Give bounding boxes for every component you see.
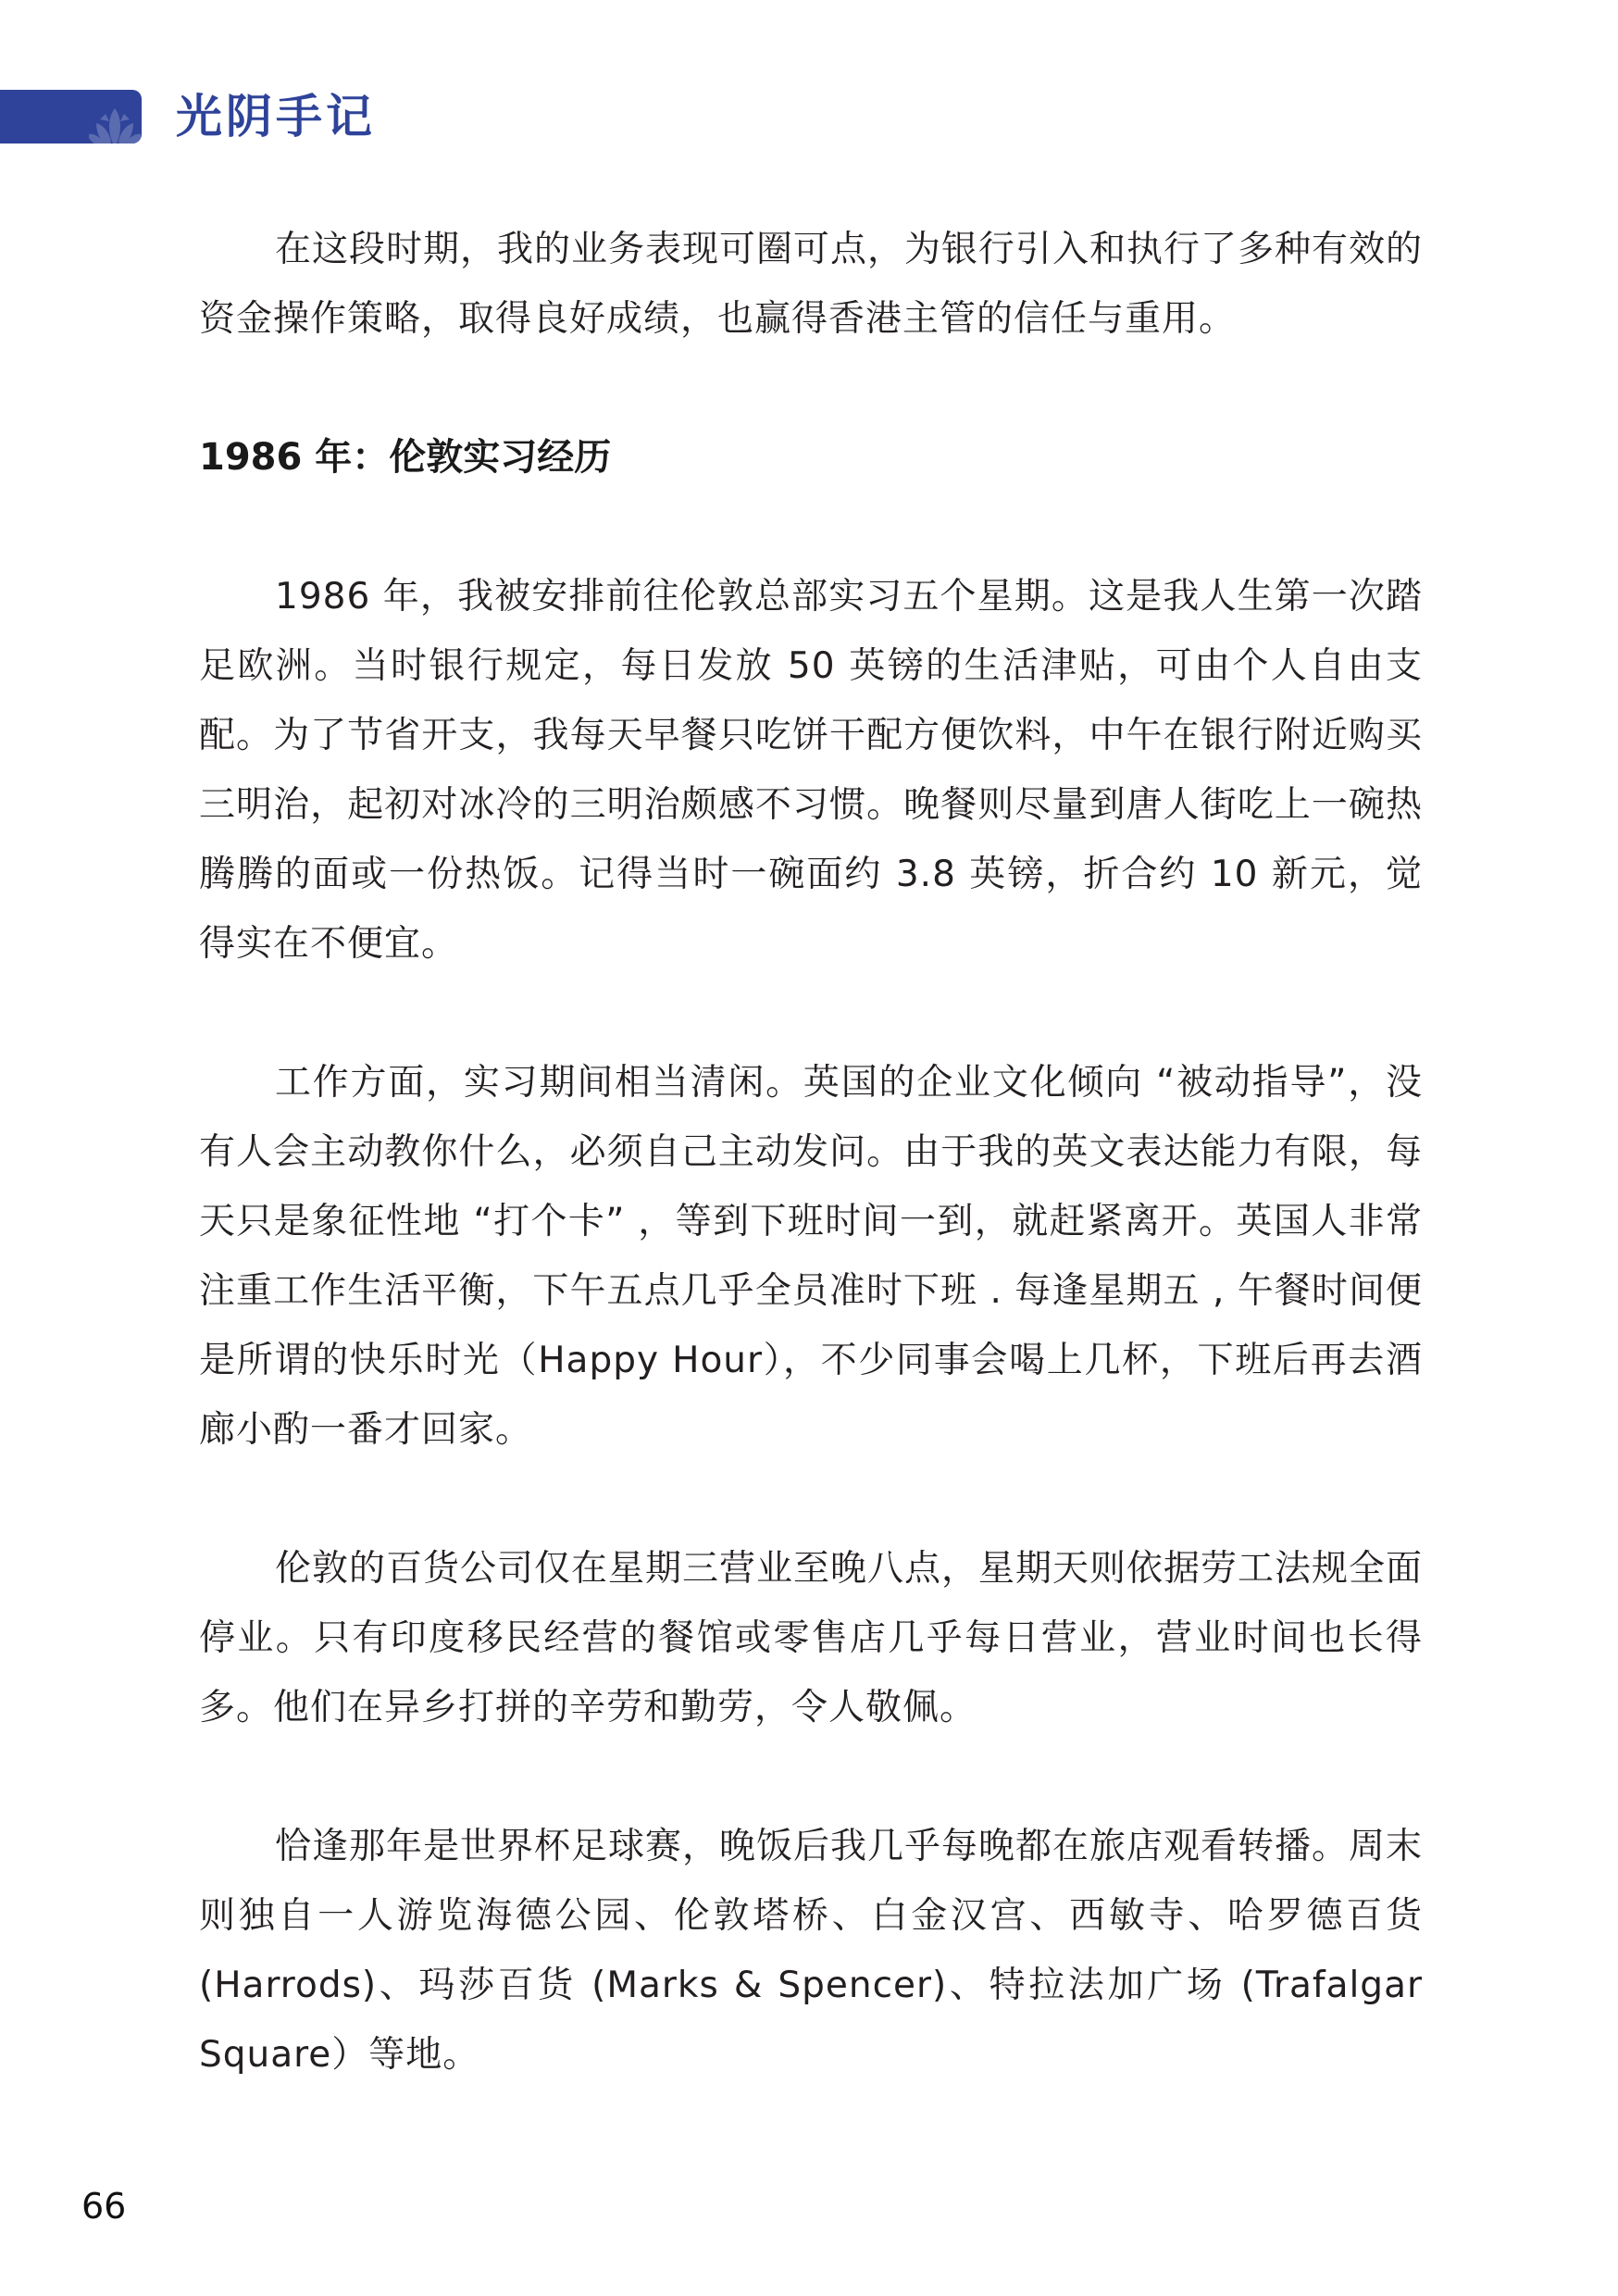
paragraph-work-culture: 工作方面，实习期间相当清闲。英国的企业文化倾向 “被动指导”，没有人会主动教你什… <box>199 1048 1423 1465</box>
book-title: 光阴手记 <box>176 89 376 144</box>
spacer <box>199 354 1423 423</box>
spacer <box>199 1465 1423 1534</box>
page-content: 在这段时期，我的业务表现可圈可点，为银行引入和执行了多种有效的资金操作策略，取得… <box>199 215 1423 2090</box>
page-number: 66 <box>81 2183 126 2229</box>
spacer <box>199 493 1423 562</box>
section-heading: 1986 年：伦敦实习经历 <box>199 423 1423 493</box>
header-bar <box>0 90 142 143</box>
paragraph-london-arrival: 1986 年，我被安排前往伦敦总部实习五个星期。这是我人生第一次踏足欧洲。当时银… <box>199 562 1423 979</box>
paragraph-shopping-hours: 伦敦的百货公司仅在星期三营业至晚八点，星期天则依据劳工法规全面停业。只有印度移民… <box>199 1534 1423 1742</box>
paragraph-world-cup-sightseeing: 恰逢那年是世界杯足球赛，晚饭后我几乎每晚都在旅店观看转播。周末则独自一人游览海德… <box>199 1812 1423 2090</box>
spacer <box>199 979 1423 1048</box>
lotus-icon <box>89 105 141 143</box>
spacer <box>199 1742 1423 1812</box>
intro-paragraph: 在这段时期，我的业务表现可圈可点，为银行引入和执行了多种有效的资金操作策略，取得… <box>199 215 1423 354</box>
